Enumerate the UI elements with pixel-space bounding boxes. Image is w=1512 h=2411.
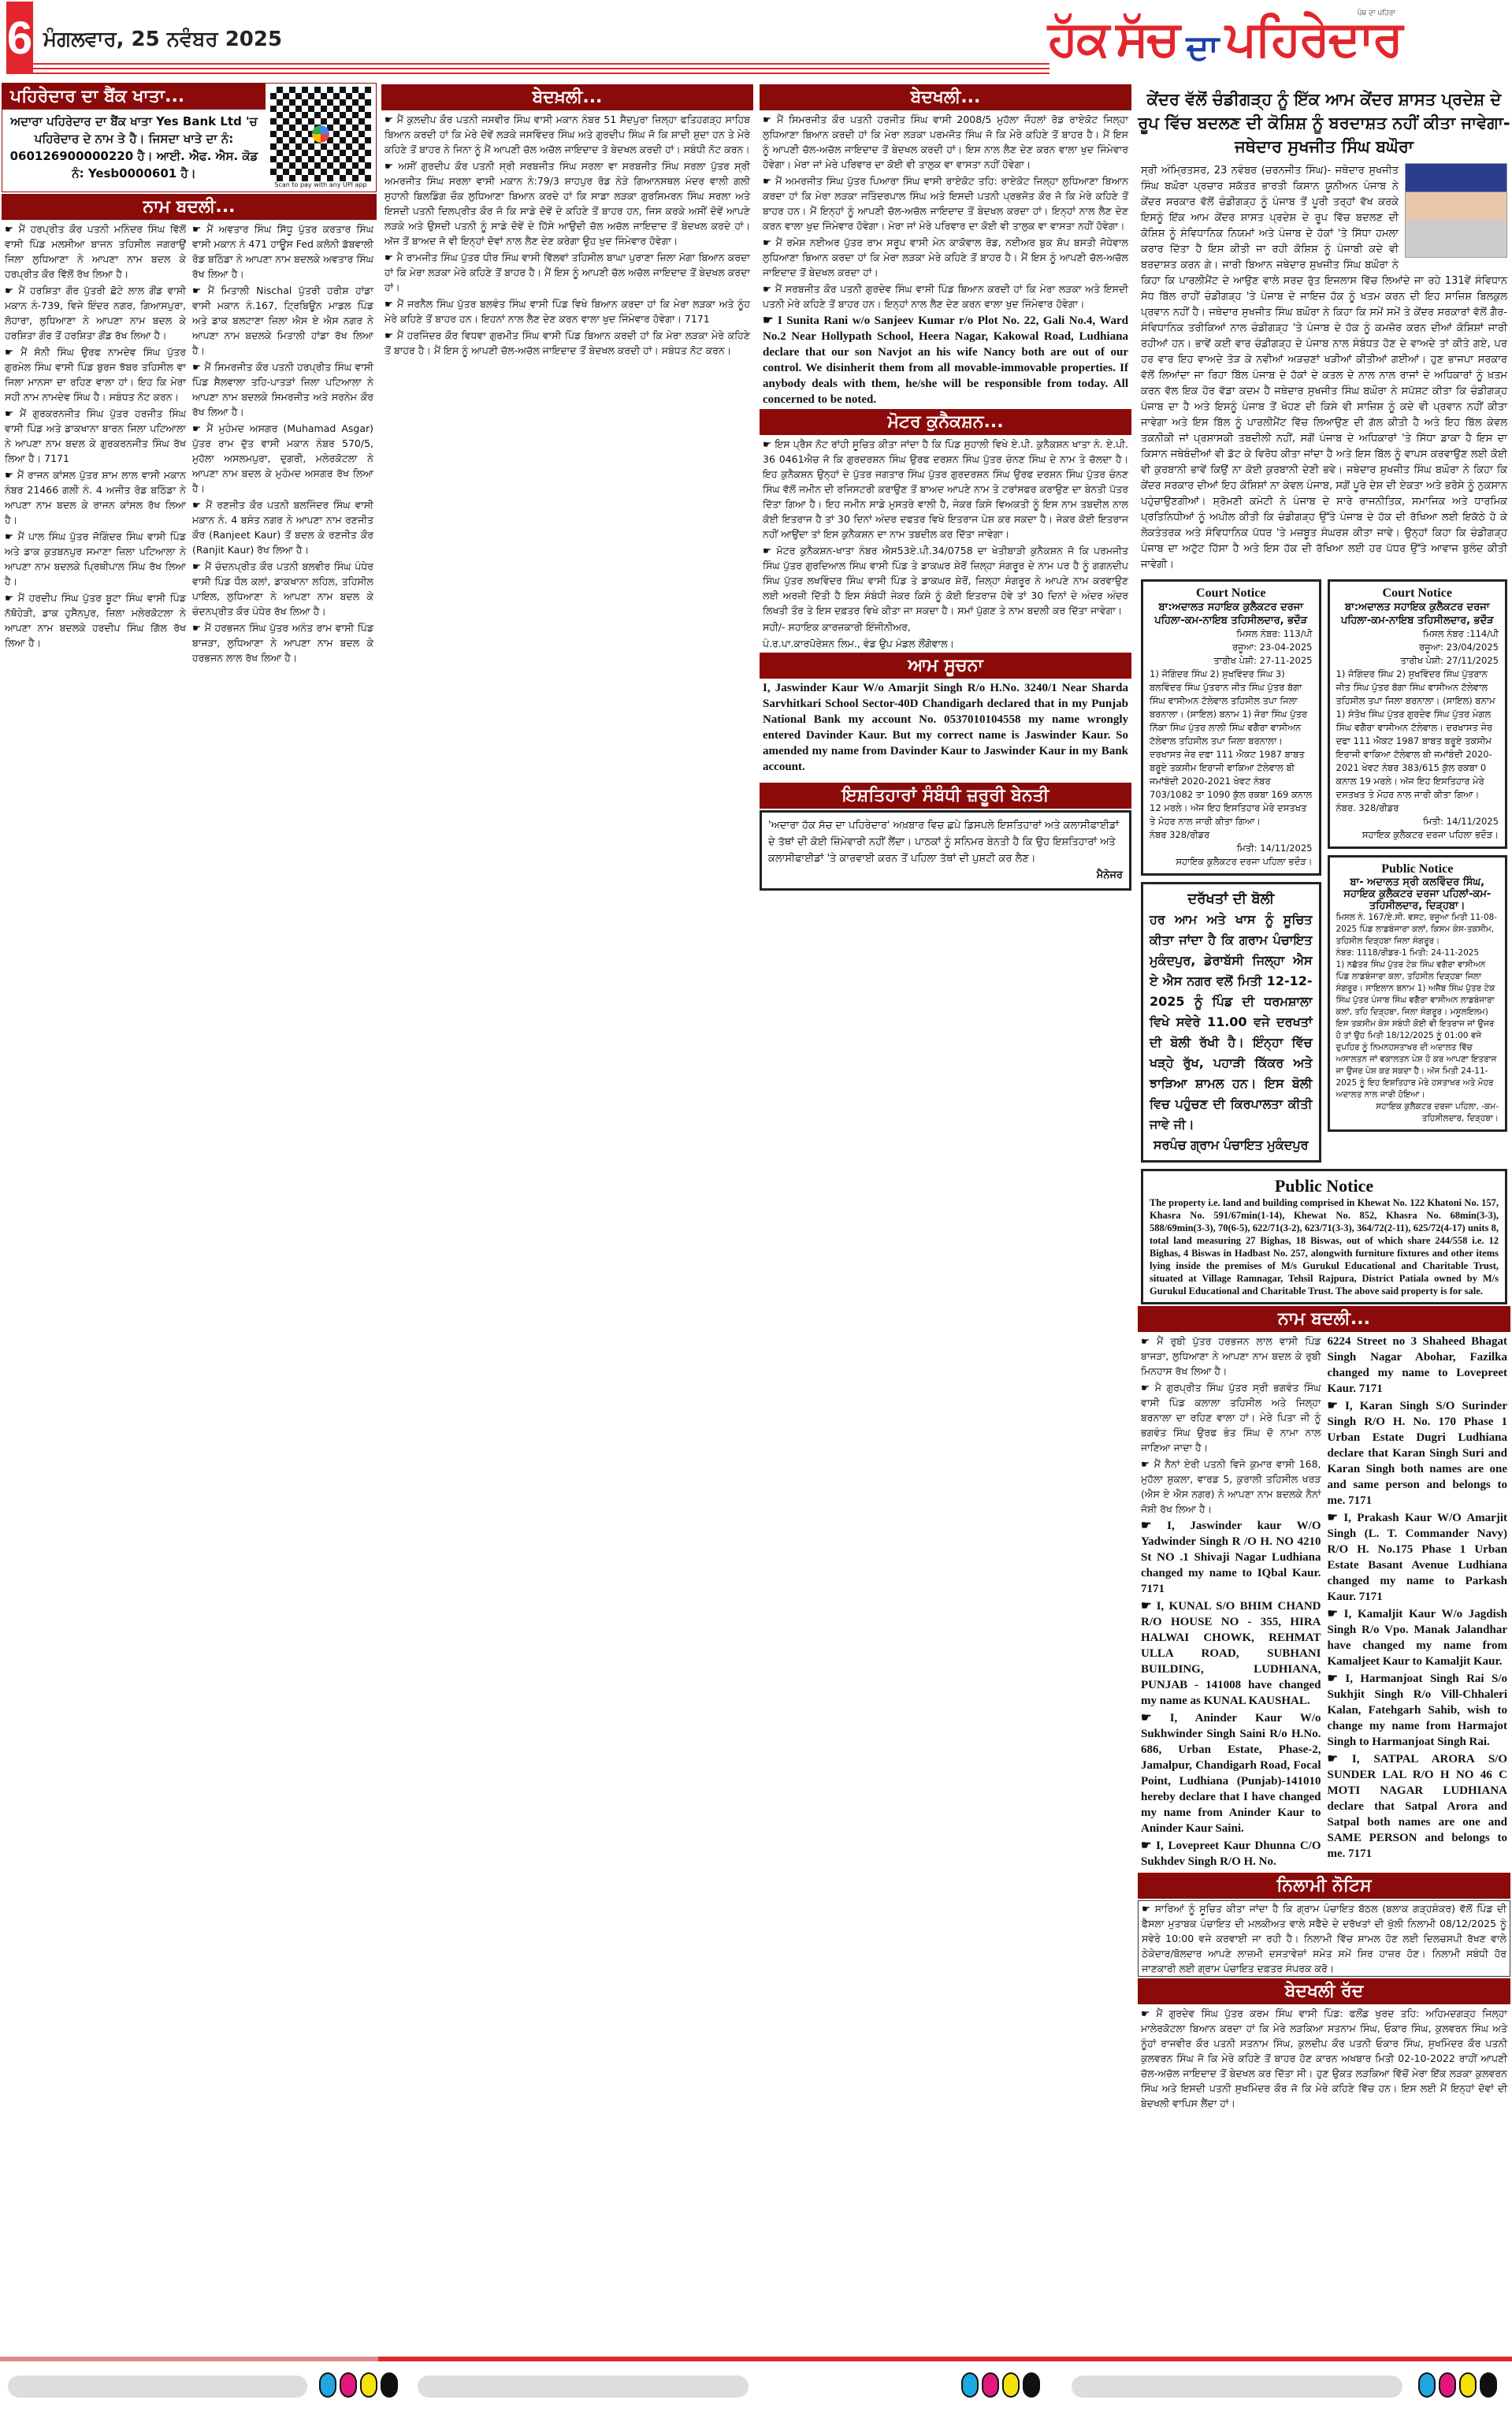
- list-item: 6224 Street no 3 Shaheed Bhagat Singh Na…: [1328, 1334, 1508, 1397]
- list-item: ਮੈਂ ਸਰਬਜੀਤ ਕੌਰ ਪਤਨੀ ਗੁਰਦੇਵ ਸਿੰਘ ਵਾਸੀ ਪਿੰ…: [763, 281, 1128, 311]
- logo-flag-word: ਦਾ: [1186, 28, 1217, 68]
- list-item: I, SATPAL ARORA S/O SUNDER LAL R/O H NO …: [1328, 1751, 1508, 1862]
- notice-body: ਹਰ ਆਮ ਅਤੇ ਖਾਸ ਨੂੰ ਸੂਚਿਤ ਕੀਤਾ ਜਾਂਦਾ ਹੈ ਕਿ…: [1150, 910, 1313, 1135]
- cmyk-marks: [319, 2372, 398, 2398]
- public-notice-property: Public Notice The property i.e. land and…: [1141, 1169, 1507, 1304]
- qr-caption: Scan to pay with any UPI app: [269, 181, 373, 188]
- case-number: ਮਿਸਲ ਨੰਬਰ: 113/ਪੀ: [1150, 627, 1313, 641]
- list-item: ਇਸ ਪ੍ਰੈਸ ਨੋਟ ਰਾਂਹੀ ਸੂਚਿਤ ਕੀਤਾ ਜਾਂਦਾ ਹੈ ਕ…: [763, 437, 1128, 541]
- tree-auction-box: ਦਰੱਖਤਾਂ ਦੀ ਬੋਲੀ ਹਰ ਆਮ ਅਤੇ ਖਾਸ ਨੂੰ ਸੂਚਿਤ …: [1141, 882, 1321, 1163]
- list-item: I, Kamaljit Kaur W/o Jagdish Singh R/o V…: [1328, 1606, 1508, 1669]
- column-bedakhli-1: ਬੇਦਖ਼ਲੀ... ਮੈਂ ਕੁਲਦੀਪ ਕੌਰ ਪਤਨੀ ਜਸਵੀਰ ਸਿੰ…: [381, 83, 753, 359]
- signature: ਪੰ.ਰ.ਪਾ.ਕਾਰਪੋਰੇਸ਼ਨ ਲਿਮ., ਵੰਡ ਉਪ ਮੰਡਲ ਲੌਂ…: [763, 636, 1128, 651]
- court-notice-113: Court Notice ਬਾ:ਅਦਾਲਤ ਸਹਾਇਕ ਕੁਲੈਕਟਰ ਦਰਜਾ…: [1141, 579, 1321, 876]
- page-number: 6: [6, 2, 33, 74]
- section-header: ਨਾਮ ਬਦਲੀ...: [2, 194, 377, 220]
- bank-text: ਅਦਾਰਾ ਪਹਿਰੇਦਾਰ ਦਾ ਬੈਂਕ ਖਾਤਾ Yes Bank Ltd…: [2, 110, 266, 185]
- list-item: ਮੈਂ ਹਰਭਜਨ ਸਿੰਘ ਪੁੱਤਰ ਅਨੰਤ ਰਾਮ ਵਾਸੀ ਪਿੰਡ …: [192, 620, 373, 665]
- reader-number: ਨੰਬਰ: 1118/ਰੀਡਰ-1 ਮਿਤੀ: 24-11-2025: [1336, 947, 1499, 959]
- list-item: ਮੈਂ ਹਰਸ਼ਿਤਾ ਗੌਰ ਪੁੱਤਰੀ ਛੋਟੇ ਲਾਲ ਗੌਂਡ ਵਾਸ…: [5, 283, 186, 343]
- list-item: I, Jaswinder kaur W/O Yadwinder Singh R …: [1141, 1518, 1321, 1597]
- signature: ਸਹਾਇਕ ਕੁਲੈਕਟਰ ਦਰਜਾ ਪਹਿਲਾ ਭਦੌੜ।: [1336, 828, 1499, 842]
- signature: ਸਹਾਇਕ ਕੁਲੈਕਟਰ ਦਰਜਾ ਪਹਿਲਾ ਭਦੌੜ।: [1150, 855, 1313, 869]
- bank-header: ਪਹਿਰੇਦਾਰ ਦਾ ਬੈਂਕ ਖਾਤਾ...: [2, 84, 266, 110]
- auction-notice: ਸਾਰਿਆਂ ਨੂੰ ਸੂਚਿਤ ਕੀਤਾ ਜਾਂਦਾ ਹੈ ਕਿ ਗ੍ਰਾਮ …: [1138, 1900, 1510, 1977]
- column-name-change: ਪਹਿਰੇਦਾਰ ਦਾ ਬੈਂਕ ਖਾਤਾ... ਅਦਾਰਾ ਪਹਿਰੇਦਾਰ …: [2, 83, 377, 667]
- section-header: ਬੇਦਖ਼ਲੀ...: [381, 84, 753, 110]
- section-header: ਬੇਦਖਲੀ...: [760, 84, 1131, 110]
- notice-body: The property i.e. land and building comp…: [1150, 1196, 1499, 1297]
- section-header: ਇਸ਼ਤਿਹਾਰਾਂ ਸੰਬੰਧੀ ਜ਼ਰੂਰੀ ਬੇਨਤੀ: [760, 783, 1131, 809]
- name-change-list-left: ਮੈਂ ਹਰਪ੍ਰੀਤ ਕੌਰ ਪਤਨੀ ਮਨਿੰਦਰ ਸਿੰਘ ਵਿੱਲੋਂ …: [5, 221, 186, 667]
- filing-date: ਰਜੂਆ: 23-04-2025: [1150, 641, 1313, 654]
- filing-date: ਰਜੂਆ: 23/04/2025: [1336, 641, 1499, 654]
- court-name: ਬਾ- ਅਦਾਲਤ ਸ੍ਰੀ ਕਲਵਿੰਦਰ ਸਿੰਘ, ਸਹਾਇਕ ਕੁਲੈਕ…: [1336, 876, 1499, 912]
- reader-number: ਨੰਬਰ 328/ਰੀਡਰ: [1150, 828, 1313, 842]
- english-disinherit-notice: I Sunita Rani w/o Sanjeev Kumar r/o Plot…: [763, 313, 1128, 407]
- list-item: ਮੈਂ ਪਾਲ ਸਿੰਘ ਪੁੱਤਰ ਜੋਗਿੰਦਰ ਸਿੰਘ ਵਾਸੀ ਪਿੰ…: [5, 529, 186, 589]
- logo-word: ਸੱਚ: [1116, 9, 1178, 68]
- masthead: 6 ਮੰਗਲਵਾਰ, 25 ਨਵੰਬਰ 2025 ਹੱਕ ਸੱਚ ਦਾ ਪਹਿਰ…: [0, 0, 1512, 79]
- cmyk-marks: [961, 2372, 1040, 2398]
- footer-pill: [8, 2376, 307, 2398]
- logo-word: ਪਹਿਰੇਦਾਰ: [1225, 9, 1402, 68]
- footer-pill: [418, 2376, 749, 2398]
- notice-title: Public Notice: [1150, 1176, 1499, 1196]
- list-item: I, Karan Singh S/O Surinder Singh R/O H.…: [1328, 1398, 1508, 1509]
- notice-title: Court Notice: [1336, 586, 1499, 601]
- list-item: ਮੋਟਰ ਕੁਨੈਕਸ਼ਨ-ਖਾਤਾ ਨੰਬਰ ਐਸ53ਏ.ਪੀ.34/0758…: [763, 543, 1128, 618]
- eviction-cancel-notice: ਮੈਂ ਗੁਰਦੇਵ ਸਿੰਘ ਪੁੱਤਰ ਕਰਮ ਸਿੰਘ ਵਾਸੀ ਪਿੰਡ…: [1138, 2006, 1510, 2111]
- list-item: ਮੈਂ ਰਮੇਸ਼ ਨਈਅਰ ਪੁੱਤਰ ਰਾਮ ਸਰੂਪ ਵਾਸੀ ਮੇਨ ਕ…: [763, 235, 1128, 280]
- list-item: ਮੈਂ ਰੁਬੀ ਪੁੱਤਰ ਹਰਭਜਨ ਲਾਲ ਵਾਸੀ ਪਿੰਡ ਬਾਜੜਾ…: [1141, 1334, 1321, 1379]
- court-name: ਬਾ:ਅਦਾਲਤ ਸਹਾਇਕ ਕੁਲੈਕਟਰ ਦਰਜਾ ਪਹਿਲਾ-ਕਮ-ਨਾਇ…: [1336, 601, 1499, 627]
- date: ਮੰਗਲਵਾਰ, 25 ਨਵੰਬਰ 2025: [43, 28, 282, 52]
- list-item: ਮੈਂ ਸੋਨੀ ਸਿੰਘ ਉਰਫ ਨਾਮਦੇਵ ਸਿੰਘ ਪੁੱਤਰ ਗੁਰਮ…: [5, 344, 186, 404]
- court-name: ਬਾ:ਅਦਾਲਤ ਸਹਾਇਕ ਕੁਲੈਕਟਰ ਦਰਜਾ ਪਹਿਲਾ-ਕਮ-ਨਾਇ…: [1150, 601, 1313, 627]
- newspaper-logo: ਹੱਕ ਸੱਚ ਦਾ ਪਹਿਰੇਦਾਰ ਪੰਥ ਦਾ ਪਹਿਰਾ: [1048, 9, 1402, 68]
- name-change-list-right: 6224 Street no 3 Shaheed Bhagat Singh Na…: [1328, 1334, 1508, 1871]
- section-header: ਬੇਦਖਲੀ ਰੱਦ: [1138, 1978, 1510, 2004]
- hearing-date: ਤਾਰੀਖ ਪੇਸ਼ੀ: 27-11-2025: [1150, 654, 1313, 668]
- list-item: ਮੈਂ ਅਮਰਜੀਤ ਸਿੰਘ ਪੁੱਤਰ ਪਿਆਰਾ ਸਿੰਘ ਵਾਸੀ ਰਾ…: [763, 173, 1128, 233]
- column-bedakhli-2: ਬੇਦਖਲੀ... ਮੈਂ ਸਿਮਰਜੀਤ ਕੌਰ ਪਤਨੀ ਹਰਜੀਤ ਸਿੰ…: [760, 83, 1131, 891]
- name-change-list-left: ਮੈਂ ਰੁਬੀ ਪੁੱਤਰ ਹਰਭਜਨ ਲਾਲ ਵਾਸੀ ਪਿੰਡ ਬਾਜੜਾ…: [1141, 1334, 1321, 1871]
- list-item: ਮੈਂ ਅਵਤਾਰ ਸਿੰਘ ਸਿੱਧੂ ਪੁੱਤਰ ਕਰਤਾਰ ਸਿੰਘ ਵਾ…: [192, 221, 373, 281]
- print-registration-footer: [0, 2357, 1512, 2411]
- section-header: ਆਮ ਸੂਚਨਾ: [760, 653, 1131, 679]
- person-photo: [1405, 163, 1507, 258]
- disclaimer-text: 'ਅਦਾਰਾ ਹੱਕ ਸੱਚ ਦਾ ਪਹਿਰੇਦਾਰ' ਅਖ਼ਬਾਰ ਵਿਚ ਛ…: [768, 817, 1123, 867]
- signature: ਸਹੀ/- ਸਹਾਇਕ ਕਾਰਜ਼ਕਾਰੀ ਇੰਜੀਨੀਅਰ,: [763, 619, 1128, 634]
- notice-title: ਦਰੱਖਤਾਂ ਦੀ ਬੋਲੀ: [1150, 889, 1313, 910]
- list-item: ਮੈਂ ਸਿਮਰਜੀਤ ਕੌਰ ਪਤਨੀ ਹਰਪ੍ਰੀਤ ਸਿੰਘ ਵਾਸੀ ਪ…: [192, 359, 373, 419]
- list-item: ਮੈਂ ਰਣਜੀਤ ਕੌਰ ਪਤਨੀ ਬਲਜਿੰਦਰ ਸਿੰਘ ਵਾਸੀ ਮਕਾ…: [192, 497, 373, 557]
- footer-bar: [378, 2357, 1512, 2361]
- list-item: ਮੈਂ ਜਰਨੈਲ ਸਿੰਘ ਪੁੱਤਰ ਬਲਵੰਤ ਸਿੰਘ ਵਾਸੀ ਪਿੰ…: [385, 296, 750, 326]
- list-item: ਮੈਂ ਹਰਜਿੰਦਰ ਕੌਰ ਵਿਧਵਾ ਗੁਰਮੀਤ ਸਿੰਘ ਵਾਸੀ ਪ…: [385, 328, 750, 358]
- section-header: ਨਾਮ ਬਦਲੀ...: [1138, 1306, 1510, 1332]
- header-rules: [33, 63, 1049, 74]
- list-item: ਮੈਂ ਨੈਨਾਂ ਏਰੀ ਪਤਨੀ ਵਿਜੇ ਕੁਮਾਰ ਵਾਸੀ 168, …: [1141, 1457, 1321, 1516]
- list-item: ਮੈਂ ਹਰਪ੍ਰੀਤ ਕੌਰ ਪਤਨੀ ਮਨਿੰਦਰ ਸਿੰਘ ਵਿੱਲੋਂ …: [5, 221, 186, 281]
- bank-account-box: ਪਹਿਰੇਦਾਰ ਦਾ ਬੈਂਕ ਖਾਤਾ... ਅਦਾਰਾ ਪਹਿਰੇਦਾਰ …: [2, 83, 377, 192]
- list-item: ਮੈ ਰਾਮਜੀਤ ਸਿੰਘ ਪੁੱਤਰ ਧੀਰ ਸਿੰਘ ਵਾਸੀ ਵਿੱਲਵ…: [385, 250, 750, 295]
- logo-word: ਹੱਕ: [1048, 9, 1108, 68]
- list-item: ਮੈਂ ਮੁਹੰਮਦ ਅਸਗਰ (Muhamad Asgar) ਪੁੱਤਰ ਰਾ…: [192, 421, 373, 496]
- section-header: ਮੋਟਰ ਕੁਨੈਕਸ਼ਨ...: [760, 409, 1131, 435]
- cmyk-marks: [1418, 2372, 1497, 2398]
- public-notice-dirba: Public Notice ਬਾ- ਅਦਾਲਤ ਸ੍ਰੀ ਕਲਵਿੰਦਰ ਸਿੰ…: [1328, 855, 1508, 1132]
- list-item: I, Prakash Kaur W/O Amarjit Singh (L. T.…: [1328, 1510, 1508, 1605]
- general-notice: I, Jaswinder Kaur W/o Amarjit Singh R/o …: [760, 680, 1131, 775]
- list-item: I, Harmanjoat Singh Rai S/o Sukhjit Sing…: [1328, 1671, 1508, 1750]
- list-item: ਮੈ ਗੁਰਪ੍ਰੀਤ ਸਿੰਘ ਪੁੱਤਰ ਸ੍ਰੀ ਭਗਵੰਤ ਸਿੰਘ ਵ…: [1141, 1380, 1321, 1455]
- qr-code-icon: [270, 87, 371, 181]
- list-item: I, Lovepreet Kaur Dhunna C/O Sukhdev Sin…: [1141, 1838, 1321, 1870]
- list-item: ਮੈਂ ਸਿਮਰਜੀਤ ਕੌਰ ਪਤਨੀ ਹਰਜੀਤ ਸਿੰਘ ਵਾਸੀ 200…: [763, 112, 1128, 172]
- court-notice-114: Court Notice ਬਾ:ਅਦਾਲਤ ਸਹਾਇਕ ਕੁਲੈਕਟਰ ਦਰਜਾ…: [1328, 579, 1508, 849]
- notice-body: 1) ਜੋਗਿੰਦਰ ਸਿੰਘ 2) ਸੁਖਵਿੰਦਰ ਸਿੰਘ 3) ਬਲਵਿ…: [1150, 668, 1313, 828]
- signature: ਸਰਪੰਚ ਗ੍ਰਾਮ ਪੰਚਾਇਤ ਮੁਕੰਦਪੁਰ: [1150, 1135, 1313, 1155]
- hearing-date: ਤਾਰੀਖ ਪੇਸ਼ੀ: 27/11/2025: [1336, 654, 1499, 668]
- section-header: ਨਿਲਾਮੀ ਨੋਟਿਸ: [1138, 1873, 1510, 1899]
- list-item: ਮੈਂ ਰਾਜਨ ਕਾਂਸਲ ਪੁੱਤਰ ਸ਼ਾਮ ਲਾਲ ਵਾਸੀ ਮਕਾਨ …: [5, 467, 186, 527]
- signature: ਸਹਾਇਕ ਕੁਲੈਕਟਰ ਦਰਜਾ ਪਹਿਲਾ, -ਕਮ-ਤਹਿਸੀਲਦਾਰ,…: [1336, 1101, 1499, 1125]
- list-item: I, Aninder Kaur W/o Sukhwinder Singh Sai…: [1141, 1710, 1321, 1836]
- list-item: ਮੈਂ ਚੰਦਨਪ੍ਰੀਤ ਕੌਰ ਪਤਨੀ ਬਲਵੀਰ ਸਿੰਘ ਪੰਧੇਰ …: [192, 559, 373, 619]
- logo-tagline: ਪੰਥ ਦਾ ਪਹਿਰਾ: [1358, 9, 1395, 17]
- case-number: ਮਿਸਲ ਨੰਬਰ :114/ਪੀ: [1336, 627, 1499, 641]
- notice-body: 1) ਜੋਗਿੰਦਰ ਸਿੰਘ 2) ਸੁਖਵਿੰਦਰ ਸਿੰਘ ਪੁੱਤਰਾਨ…: [1336, 668, 1499, 802]
- list-item: ਅਸੀਂ ਗੁਰਦੀਪ ਕੌਰ ਪਤਨੀ ਸ੍ਰੀ ਸਰਬਜੀਤ ਸਿੰਘ ਸਰ…: [385, 158, 750, 248]
- list-item: ਮੈਂ ਕੁਲਦੀਪ ਕੌਰ ਪਤਨੀ ਜਸਵੀਰ ਸਿੰਘ ਵਾਸੀ ਮਕਾਨ…: [385, 112, 750, 157]
- notice-title: Public Notice: [1336, 862, 1499, 876]
- notice-date: ਮਿਤੀ: 14/11/2025: [1150, 842, 1313, 855]
- footer-pill: [1072, 2376, 1402, 2398]
- notice-title: Court Notice: [1150, 586, 1313, 601]
- case-details: ਮਿਸਲ ਨੰ. 167/ਏ.ਸੀ. ਵਸਟ, ਰਜੂਆ ਮਿਤੀ 11-08-…: [1336, 912, 1499, 947]
- list-item: ਮੈਂ ਹਰਦੀਪ ਸਿੰਘ ਪੁੱਤਰ ਬੂਟਾ ਸਿੰਘ ਵਾਸੀ ਪਿੰਡ…: [5, 590, 186, 650]
- list-item: I, KUNAL S/O BHIM CHAND R/O HOUSE NO - 3…: [1141, 1598, 1321, 1709]
- headline: ਕੇਂਦਰ ਵੱਲੋਂ ਚੰਡੀਗੜ੍ਹ ਨੂੰ ਇੱਕ ਆਮ ਕੇਂਦਰ ਸ਼…: [1138, 83, 1510, 163]
- reader-number: ਨੰਬਰ. 328/ਰੀਡਰ: [1336, 802, 1499, 815]
- manager-sign: ਮੈਨੇਜਰ: [768, 867, 1123, 884]
- notice-body: 1) ਨਛੱਤਰ ਸਿੰਘ ਪੁੱਤਰ ਟੇਕ ਸਿੰਘ ਵਗੈਰਾ ਵਾਸੀਅ…: [1336, 959, 1499, 1101]
- upi-qr[interactable]: Scan to pay with any UPI app: [266, 84, 376, 192]
- column-news-notices: ਕੇਂਦਰ ਵੱਲੋਂ ਚੰਡੀਗੜ੍ਹ ਨੂੰ ਇੱਕ ਆਮ ਕੇਂਦਰ ਸ਼…: [1138, 83, 1510, 2111]
- disclaimer-box: 'ਅਦਾਰਾ ਹੱਕ ਸੱਚ ਦਾ ਪਹਿਰੇਦਾਰ' ਅਖ਼ਬਾਰ ਵਿਚ ਛ…: [760, 810, 1131, 891]
- list-item: ਮੈਂ ਗੁਰਕਰਨਜੀਤ ਸਿੰਘ ਪੁੱਤਰ ਹਰਜੀਤ ਸਿੰਘ ਵਾਸੀ…: [5, 406, 186, 466]
- footer-bar: [0, 2357, 378, 2361]
- list-item: ਮੈਂ ਮਿਤਾਲੀ Nischal ਪੁੱਤਰੀ ਹਰੀਸ਼ ਹਾਂਡਾ ਵਾ…: [192, 283, 373, 358]
- name-change-list-right: ਮੈਂ ਅਵਤਾਰ ਸਿੰਘ ਸਿੱਧੂ ਪੁੱਤਰ ਕਰਤਾਰ ਸਿੰਘ ਵਾ…: [192, 221, 373, 667]
- notice-date: ਮਿਤੀ: 14/11/2025: [1336, 815, 1499, 828]
